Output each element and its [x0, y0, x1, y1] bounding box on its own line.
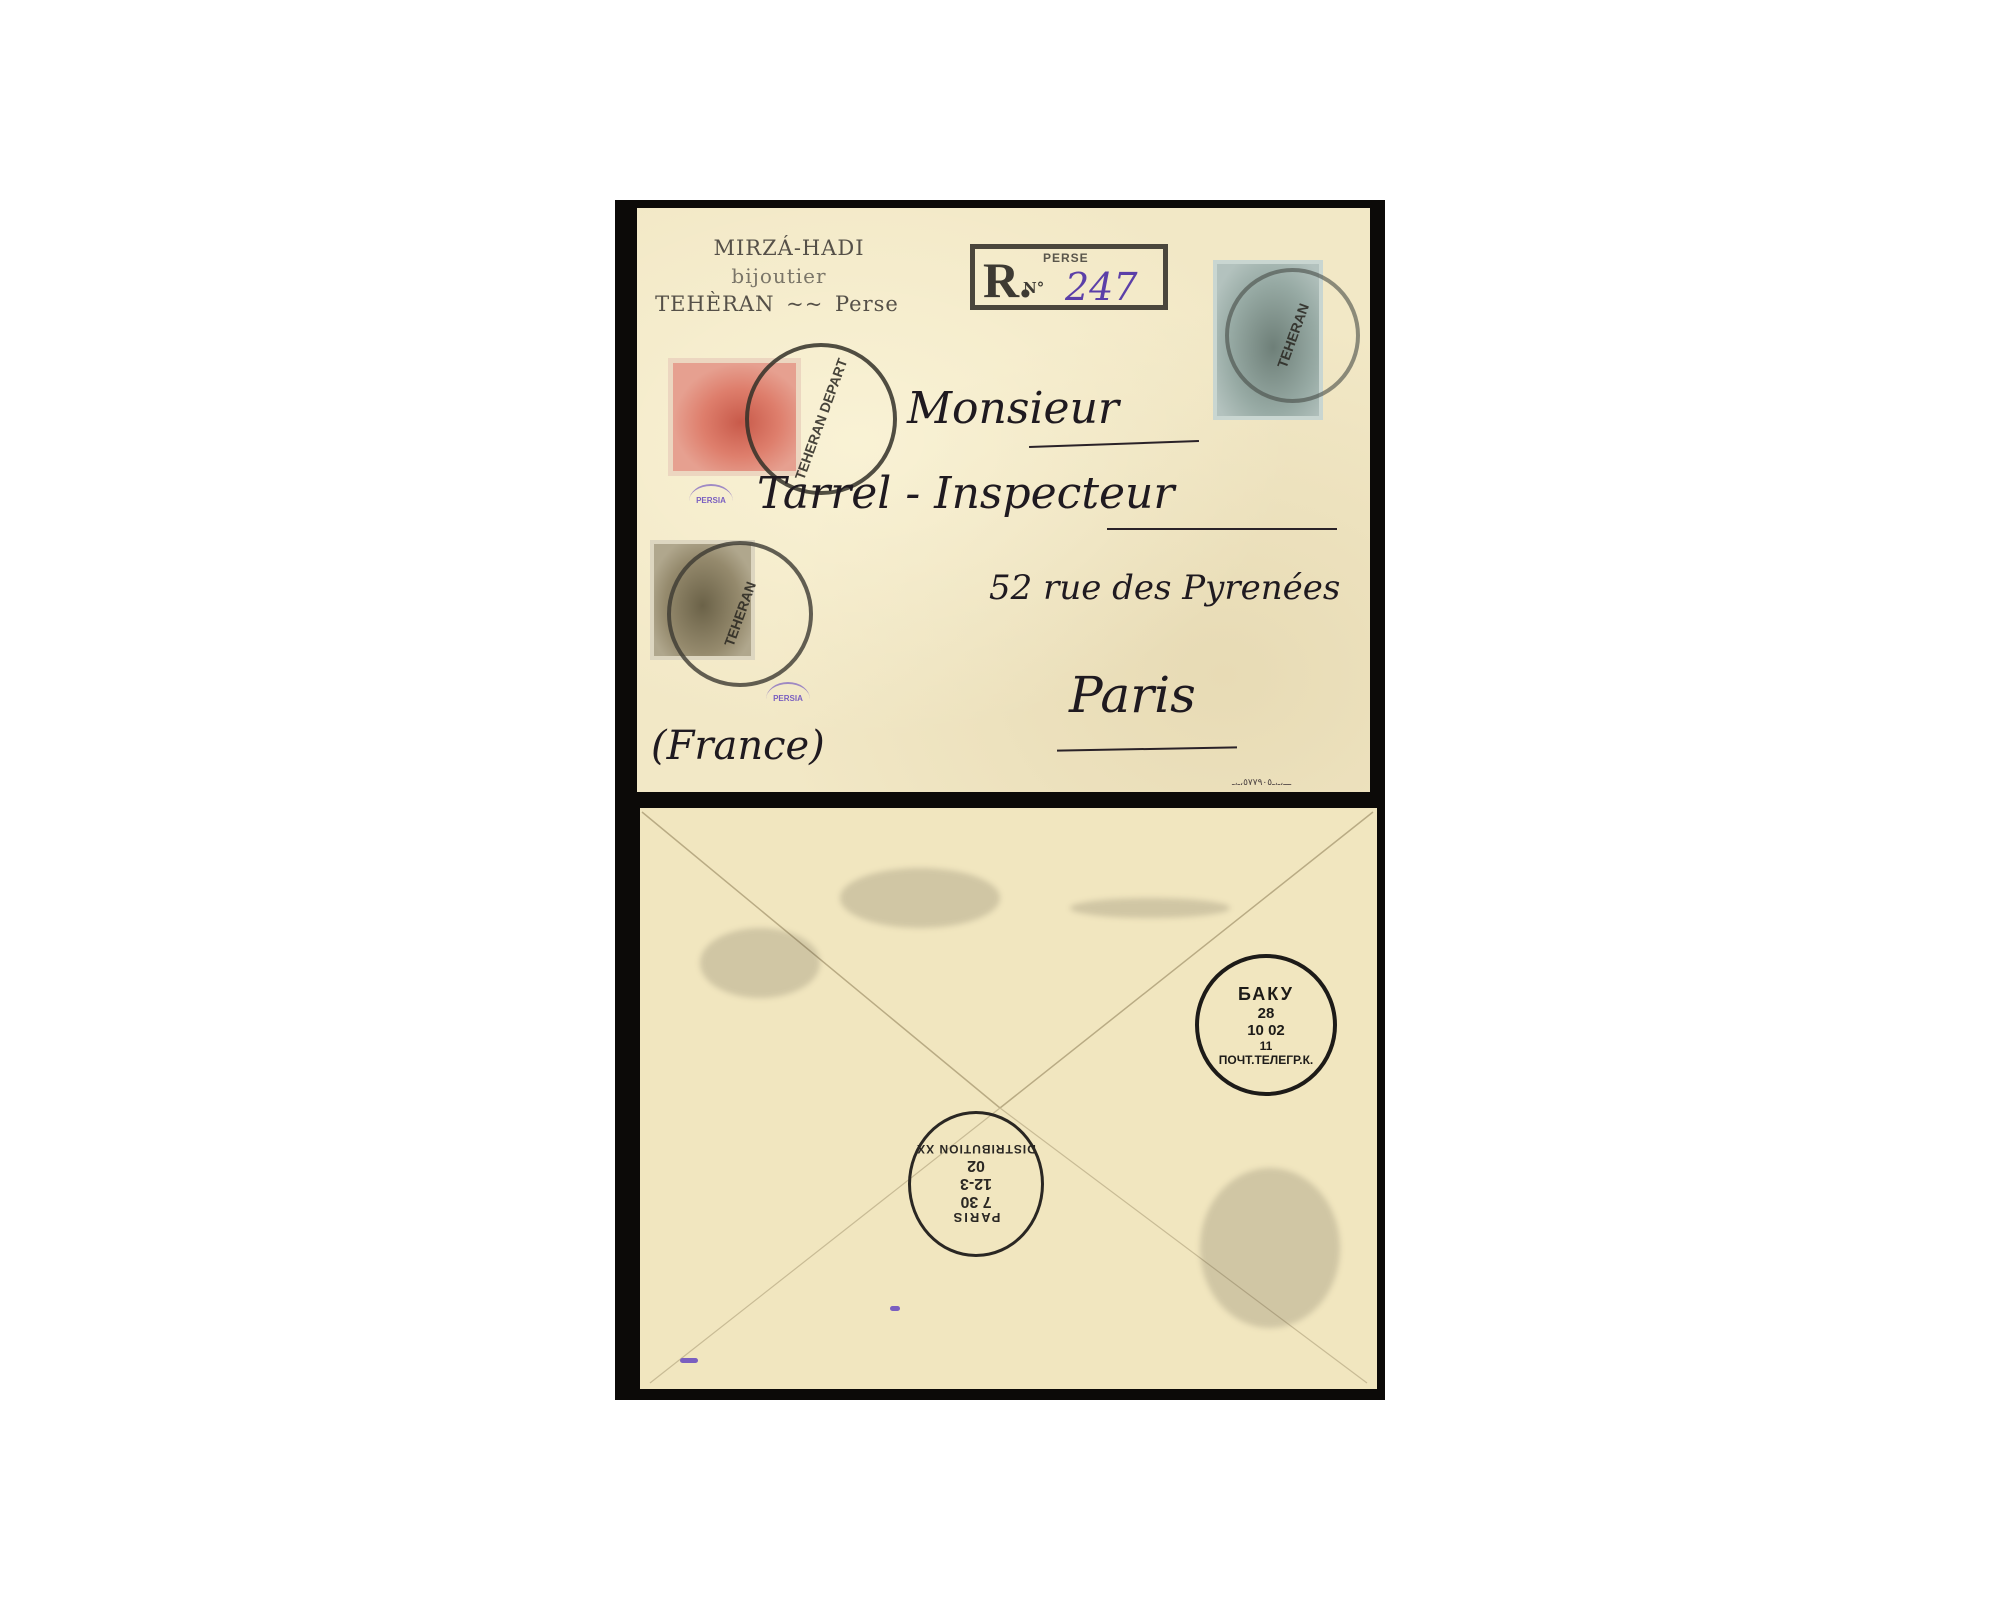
registration-office: PERSE: [1043, 251, 1089, 265]
address-city: Paris: [1069, 666, 1196, 724]
postmark-code: 11: [1260, 1039, 1273, 1053]
postmark-date: 12-3: [960, 1175, 992, 1193]
address-name: Tarrel - Inspecteur: [757, 468, 1174, 519]
envelope-back: БАКУ 28 10 02 11 ПОЧТ.ТЕЛЕГР.К. PARIS 7 …: [640, 808, 1377, 1389]
envelope-front: MIRZÁ-HADI bijoutier TEHÈRAN ~~ Perse R.…: [637, 208, 1370, 792]
baku-postmark: БАКУ 28 10 02 11 ПОЧТ.ТЕЛЕГР.К.: [1195, 954, 1337, 1096]
postmark-year: 02: [967, 1157, 985, 1175]
postmark-time: 7 30: [960, 1193, 991, 1211]
address-street: 52 rue des Pyrenées: [989, 568, 1340, 608]
sender-trade: bijoutier: [619, 264, 939, 288]
ink-smudge: [1200, 1168, 1340, 1328]
address-country: (France): [651, 723, 825, 769]
city-underline: [1057, 746, 1237, 751]
violet-mark: [680, 1358, 698, 1363]
registration-number-label: N°: [1023, 279, 1044, 297]
postmark-bottom: DISTRIBUTION XX: [916, 1143, 1036, 1157]
ink-smudge: [700, 928, 820, 998]
sender-location: TEHÈRAN ~~ Perse: [617, 292, 937, 316]
persian-note: ـــ،ـ،ـ٥٧٧٩٠٥،ـ،ـ: [1232, 778, 1291, 788]
address-salutation: Monsieur: [907, 383, 1119, 434]
paris-postmark: PARIS 7 30 12-3 02 DISTRIBUTION XX: [908, 1111, 1044, 1257]
violet-handstamp: PERSIA: [766, 682, 810, 716]
violet-mark: [890, 1306, 900, 1311]
postmark-city: БАКУ: [1238, 984, 1294, 1005]
postmark-bottom: ПОЧТ.ТЕЛЕГР.К.: [1219, 1053, 1313, 1067]
postmark-city: PARIS: [952, 1211, 1001, 1226]
registration-label: R. PERSE N° 247: [970, 244, 1168, 310]
underline-flourish: [1029, 440, 1199, 448]
indicium-postmark: TEHERAN: [1225, 268, 1360, 403]
underline-flourish: [1107, 528, 1337, 530]
postmark-date: 10 02: [1247, 1022, 1285, 1039]
sender-name: MIRZÁ-HADI: [629, 236, 949, 260]
ink-smudge: [1070, 898, 1230, 918]
teheran-postmark: TEHERAN: [667, 541, 813, 687]
ink-smudge: [840, 868, 1000, 928]
postmark-day: 28: [1258, 1005, 1275, 1022]
registration-number: 247: [1065, 265, 1138, 309]
violet-handstamp: PERSIA: [689, 484, 733, 518]
